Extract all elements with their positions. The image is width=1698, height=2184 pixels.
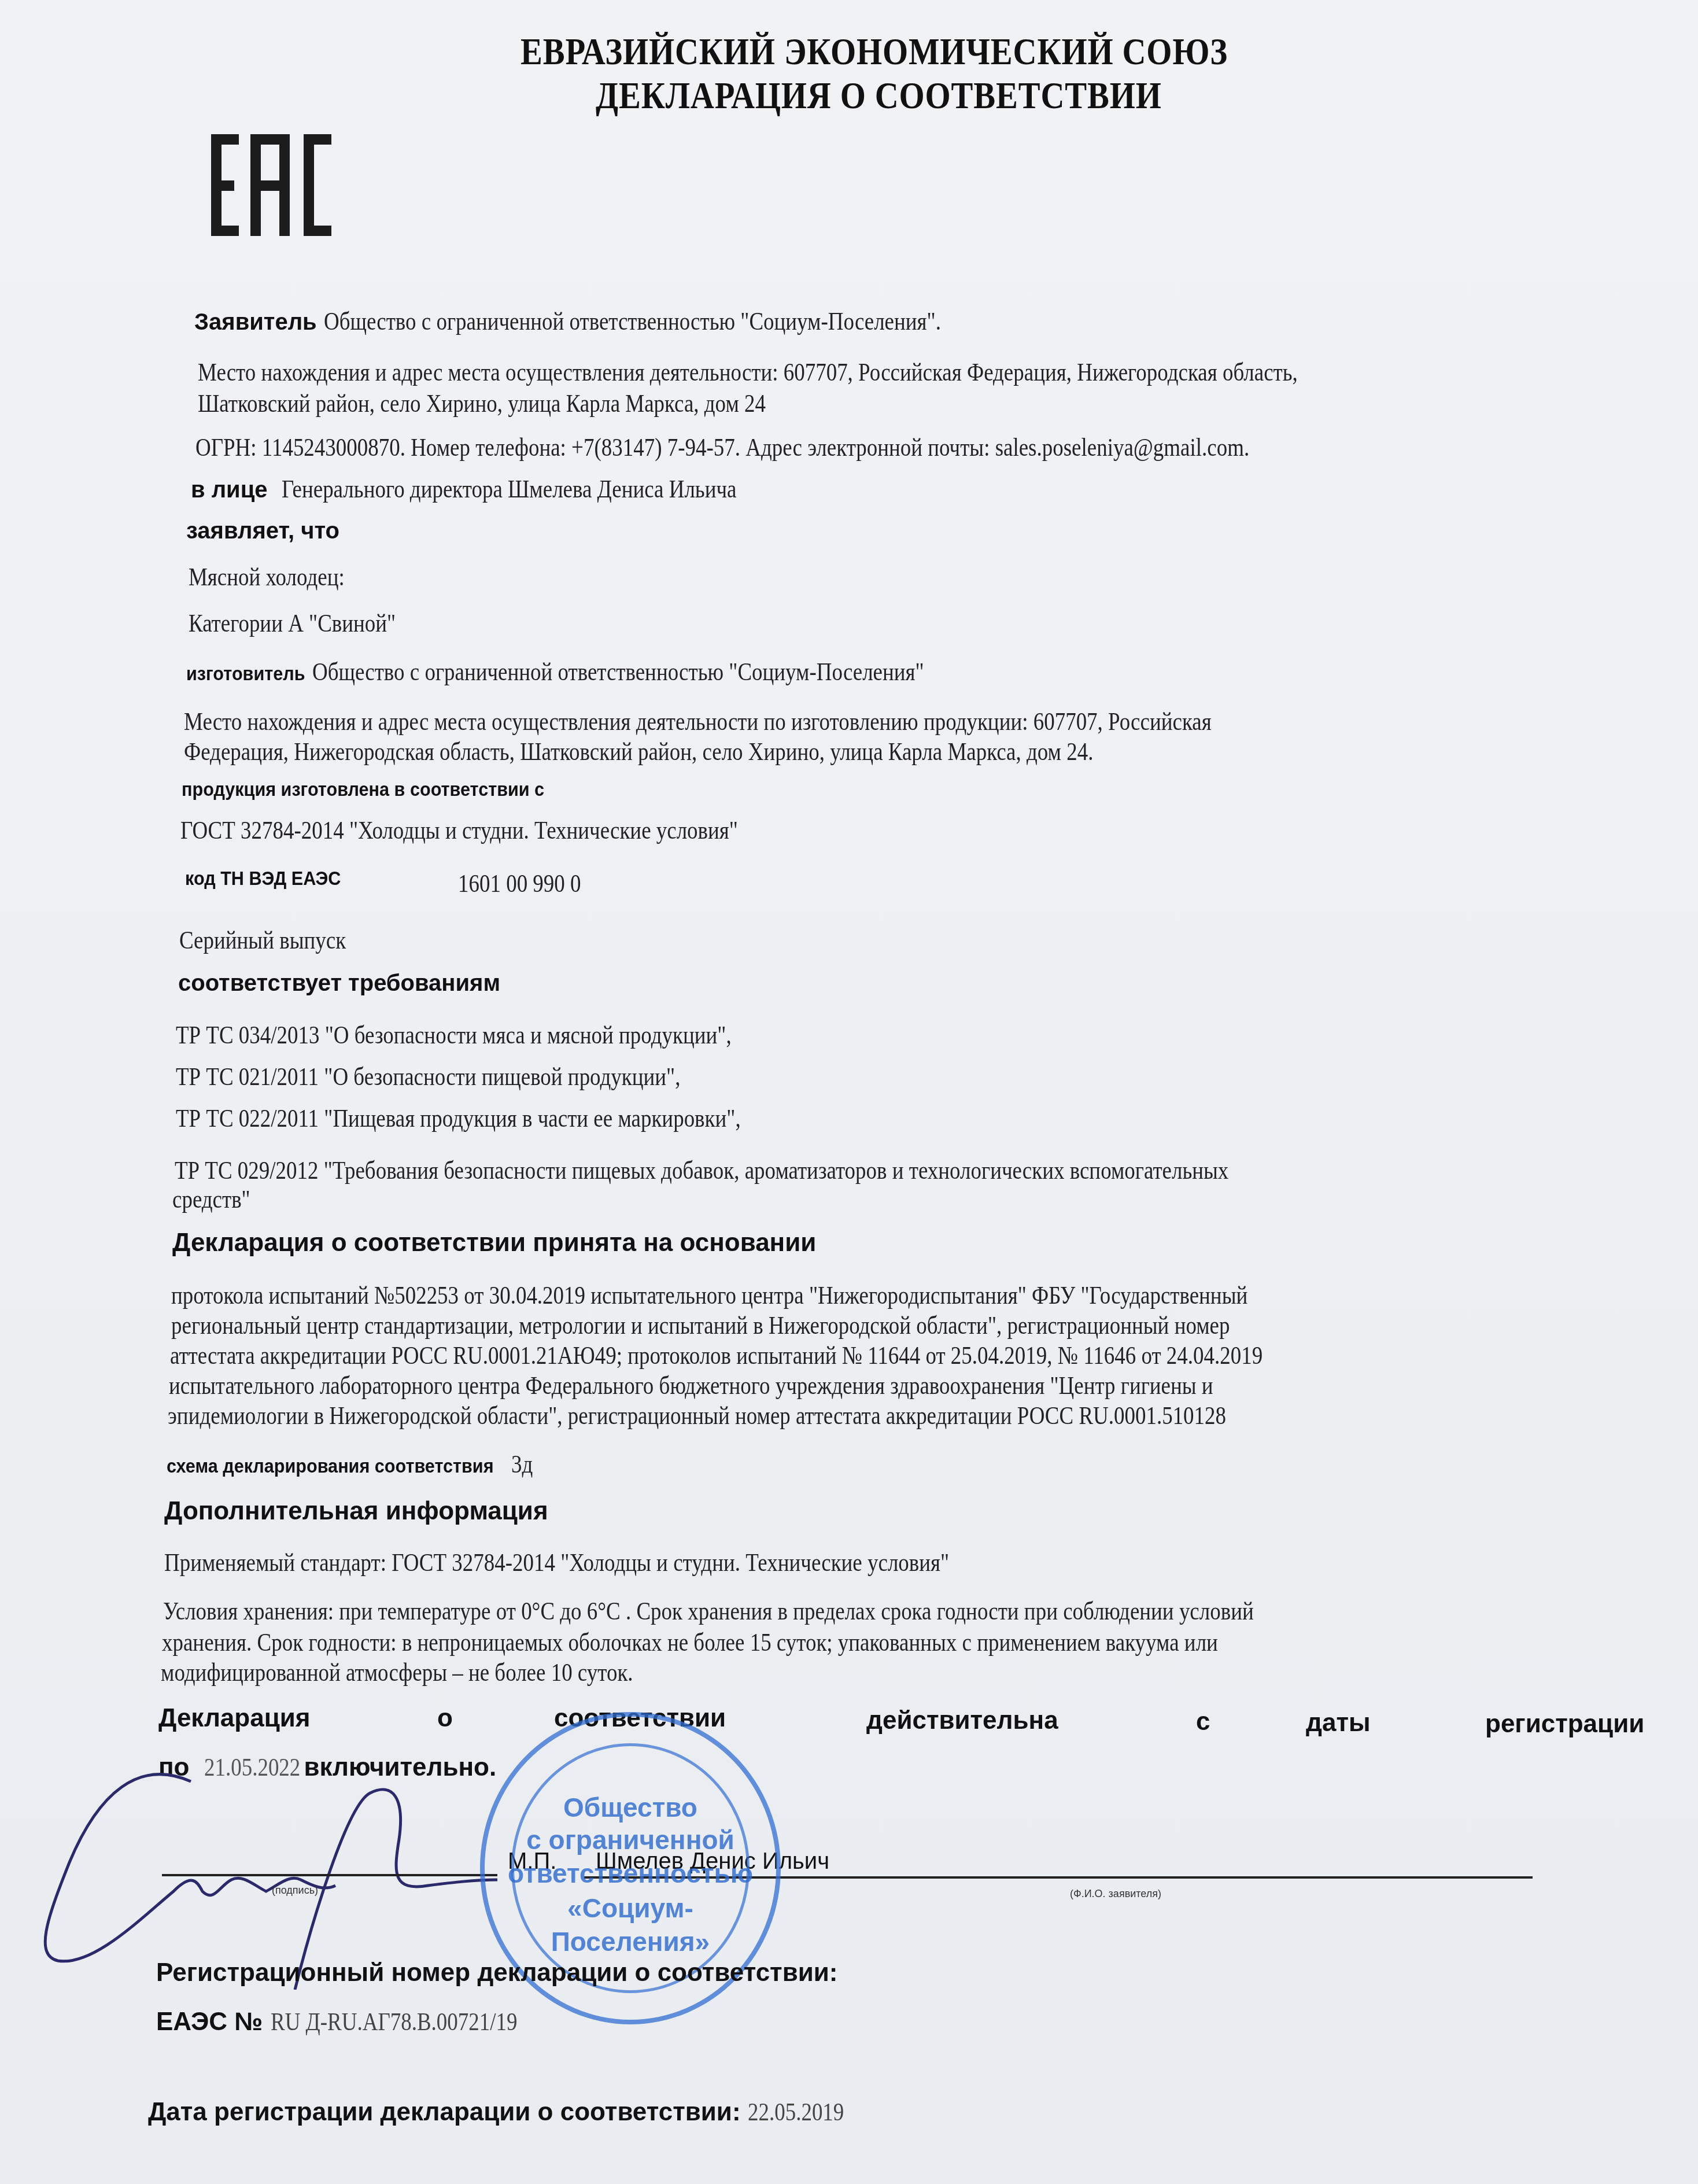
validity-word: Декларация bbox=[158, 1704, 310, 1733]
signature-icon bbox=[23, 1747, 497, 1990]
applicant-label: Заявитель bbox=[194, 309, 317, 335]
manufacturer-address-1: Место нахождения и адрес места осуществл… bbox=[184, 707, 1212, 736]
name-caption: (Ф.И.О. заявителя) bbox=[1070, 1888, 1161, 1900]
requirement-item: ТР ТС 022/2011 "Пищевая продукция в част… bbox=[176, 1104, 741, 1133]
production-standard: ГОСТ 32784-2014 "Холодцы и студни. Техни… bbox=[180, 816, 738, 845]
scheme-label: схема декларирования соответствия bbox=[167, 1455, 494, 1478]
product-name: Мясной холодец: bbox=[189, 562, 345, 592]
validity-word: о bbox=[437, 1704, 453, 1733]
document-title: ДЕКЛАРАЦИЯ О СООТВЕТСТВИИ bbox=[596, 74, 1162, 118]
applicant-row: Заявитель Общество с ограниченной ответс… bbox=[194, 307, 1058, 336]
basis-line: аттестата аккредитации РОСС RU.0001.21АЮ… bbox=[170, 1341, 1263, 1370]
manufacturer-label: изготовитель bbox=[186, 663, 305, 685]
registration-number-label: Регистрационный номер декларации о соотв… bbox=[156, 1958, 837, 1987]
manufacturer-address-2: Федерация, Нижегородская область, Шатков… bbox=[184, 737, 1093, 766]
validity-word: действительна bbox=[866, 1706, 1058, 1735]
registration-number-row: ЕАЭС № RU Д-RU.АГ78.В.00721/19 bbox=[156, 2007, 564, 2037]
release-type: Серийный выпуск bbox=[179, 925, 346, 955]
registration-number-value: RU Д-RU.АГ78.В.00721/19 bbox=[271, 2007, 517, 2037]
basis-line: испытательного лабораторного центра Феде… bbox=[169, 1371, 1213, 1400]
additional-label: Дополнительная информация bbox=[164, 1497, 548, 1526]
production-label: продукция изготовлена в соответствии с bbox=[182, 779, 544, 801]
stamp-line: с ограниченной bbox=[485, 1824, 776, 1855]
basis-line: протокола испытаний №502253 от 30.04.201… bbox=[171, 1281, 1247, 1310]
representative-label: в лице bbox=[191, 477, 268, 503]
registration-date-label: Дата регистрации декларации о соответств… bbox=[148, 2098, 741, 2126]
validity-word: даты bbox=[1306, 1709, 1371, 1737]
signature-line bbox=[162, 1874, 497, 1876]
representative-row: в лице Генерального директора Шмелева Де… bbox=[191, 474, 823, 504]
union-title: ЕВРАЗИЙСКИЙ ЭКОНОМИЧЕСКИЙ СОЮЗ bbox=[521, 30, 1228, 74]
requirements-label: соответствует требованиям bbox=[178, 971, 500, 997]
basis-line: эпидемиологии в Нижегородской области", … bbox=[168, 1401, 1226, 1430]
registration-number-prefix: ЕАЭС № bbox=[156, 2008, 263, 2036]
representative-value: Генерального директора Шмелева Дениса Ил… bbox=[282, 474, 737, 504]
requirement-item: ТР ТС 029/2012 "Требования безопасности … bbox=[175, 1156, 1228, 1185]
applicant-contacts: ОГРН: 1145243000870. Номер телефона: +7(… bbox=[195, 433, 1249, 462]
stamp-line: Поселения» bbox=[485, 1926, 776, 1957]
storage-line: хранения. Срок годности: в непроницаемых… bbox=[162, 1628, 1218, 1657]
declares-label: заявляет, что bbox=[186, 518, 339, 544]
manufacturer-name: Общество с ограниченной ответственностью… bbox=[312, 657, 924, 687]
signature-caption: (подпись) bbox=[272, 1884, 318, 1897]
registration-date-value: 22.05.2019 bbox=[748, 2097, 844, 2127]
stamp-line: «Социум- bbox=[485, 1892, 776, 1924]
basis-label: Декларация о соответствии принята на осн… bbox=[172, 1228, 816, 1257]
scheme-row: схема декларирования соответствия 3д bbox=[167, 1449, 537, 1479]
requirement-item: ТР ТС 021/2011 "О безопасности пищевой п… bbox=[176, 1062, 680, 1091]
applicant-name: Общество с ограниченной ответственностью… bbox=[324, 307, 941, 336]
requirement-item: ТР ТС 034/2013 "О безопасности мяса и мя… bbox=[176, 1020, 732, 1050]
applicant-address-2: Шатковский район, село Хирино, улица Кар… bbox=[198, 389, 766, 418]
registration-date-row: Дата регистрации декларации о соответств… bbox=[148, 2097, 862, 2127]
basis-line: региональный центр стандартизации, метро… bbox=[171, 1311, 1230, 1340]
storage-line: модифицированной атмосферы – не более 10… bbox=[161, 1658, 633, 1687]
applicant-address-1: Место нахождения и адрес места осуществл… bbox=[198, 357, 1298, 387]
requirement-item: средств" bbox=[172, 1185, 250, 1214]
eac-mark-icon bbox=[211, 134, 334, 236]
stamp-line: Общество bbox=[485, 1792, 776, 1823]
product-category: Категории А "Свиной" bbox=[189, 608, 396, 638]
manufacturer-row: изготовитель Общество с ограниченной отв… bbox=[186, 657, 1040, 687]
validity-word: регистрации bbox=[1485, 1710, 1644, 1739]
scheme-value: 3д bbox=[511, 1449, 533, 1479]
tnved-label: код ТН ВЭД ЕАЭС bbox=[185, 868, 341, 890]
validity-word: с bbox=[1196, 1707, 1210, 1736]
tnved-value: 1601 00 990 0 bbox=[458, 869, 581, 898]
stamp-line: ответственностью bbox=[485, 1858, 776, 1889]
applied-standard: Применяемый стандарт: ГОСТ 32784-2014 "Х… bbox=[164, 1548, 949, 1577]
storage-line: Условия хранения: при температуре от 0°С… bbox=[163, 1596, 1254, 1626]
